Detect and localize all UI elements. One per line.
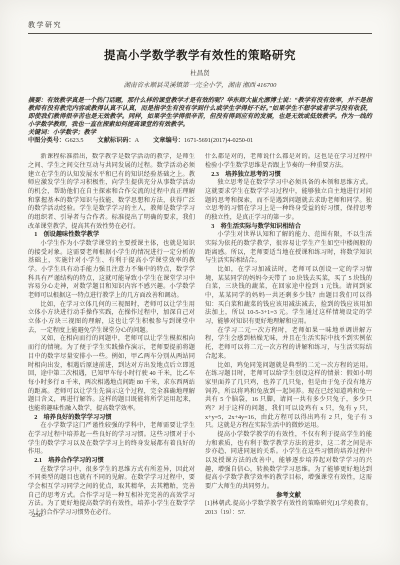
paper-page: 教学研究 提高小学数学教学有效性的策略研究 杜昌贤 湖南省永顺县灵溪镇第一完全小… [0, 0, 400, 565]
section-heading-1: 1 创设趣味性数学教学 [28, 231, 195, 240]
article-ids-line: 中图分类号：G623.5文献标识码：A文章编号：1671-5691(2017)4… [28, 137, 372, 145]
left-column: 新课程标准指出，数学教学是数学活动的教学，是师生之间、学生之间交往互动与共同发展… [28, 153, 195, 515]
keywords-label: 关键词： [28, 129, 53, 136]
paragraph: 在数学学习中，很多学生的思维方式有所差异，因此对不同类型的题目也就有不同的见解。… [28, 466, 195, 516]
meta-block: 摘要：有效教学真是一个热门话题，那什么样的课堂教学才是有效的呢？华东师大崔允漷博… [28, 97, 372, 145]
abstract-text: 有效教学真是一个热门话题，那什么样的课堂教学才是有效的呢？华东师大崔允漷博士说：… [28, 97, 372, 128]
author-affiliation: 湖南省永顺县灵溪镇第一完全小学，湖南 湘西 416700 [28, 80, 372, 89]
section-heading-2: 2 培养良好的数学学习习惯 [28, 414, 195, 423]
paragraph-continuation: 什么都是对的，老师说什么都是对的。这也是在学习过程中检验小学生数学思维是否跟上节… [205, 153, 372, 170]
paragraph: 比如，在学习加减法时，老师可以创设一定的学习情境，某某同学的妈妈今天带了 10 … [205, 266, 372, 327]
paragraph: 比如，在学习立体几何的三视图时，老师可以让学生用立体小方块进行动手操作实践，在操… [28, 301, 195, 336]
doc-code-label: 文献标识码： [98, 137, 135, 144]
references-heading: 参考文献 [205, 492, 372, 501]
doc-code-value: A [135, 137, 139, 144]
paragraph: 又如，在相向而行的问题中，老师可以让学生模拟相向而行的情境。为了便于学生实践操作… [28, 335, 195, 413]
paragraph: 小学生对世界认知和了解的能力、范围有限，不以生活实际为依托的数学教学，很容易让学… [205, 231, 372, 266]
paragraph: 在小学数学这门严谨性较强的学科中，老师需要让学生在学习过程中培养起一些良好的学习… [28, 422, 195, 457]
paper-title: 提高小学数学教学有效性的策略研究 [28, 47, 372, 63]
author-name: 杜昌贤 [28, 68, 372, 77]
paragraph: 提高小学数学教学的有效性，不仅有利于提高学生的能力和素质，也有利于数学教学方法的… [205, 431, 372, 492]
abstract-label: 摘要： [28, 97, 47, 104]
article-no-value: 1671-5691(2017)4-0250-01 [184, 137, 253, 144]
journal-section-label: 教学研究 [28, 20, 372, 30]
clc-value: G623.5 [65, 137, 83, 144]
body-columns: 新课程标准指出，数学教学是数学活动的教学，是师生之间、学生之间交往互动与共同发展… [28, 153, 372, 515]
paragraph: 新课程标准指出，数学教学是数学活动的教学，是师生之间、学生之间交往互动与共同发展… [28, 153, 195, 231]
page-number: ·250· [30, 512, 44, 519]
reference-item: [1]林朝武.提高小学数学教学有效性的策略研究[J].学苑教育，2013（19）… [205, 500, 372, 515]
clc-label: 中图分类号： [28, 137, 65, 144]
paragraph: 独立思考是在数学学习中必须具备的本领和思维方式。这就要求学生在数学学习过程中，能… [205, 179, 372, 222]
paragraph: 在学习二元一次方程时，老师如果一味地单调讲解方程，学生会感到枯燥无味，并且在生活… [205, 327, 372, 362]
paragraph: 小学生作为小学数学课堂的主要授课主体，也就是知识的接受对象。这需要老师根据小学生… [28, 240, 195, 301]
keywords-text: 小学数学；教学 [53, 129, 96, 136]
abstract-paragraph: 摘要：有效教学真是一个热门话题，那什么样的课堂教学才是有效的呢？华东师大崔允漷博… [28, 97, 372, 129]
article-no-label: 文章编号： [153, 137, 184, 144]
subsection-heading-2-1: 2.1 培养合作学习的习惯 [28, 457, 195, 466]
header-rule [28, 33, 372, 34]
right-column: 什么都是对的，老师说什么都是对的。这也是在学习过程中检验小学生数学思维是否跟上节… [205, 153, 372, 515]
paragraph: 比如，鸡兔同笼问题就是典型的二元一次方程的运用。在练习题目时，老师可以给学生创设… [205, 362, 372, 431]
